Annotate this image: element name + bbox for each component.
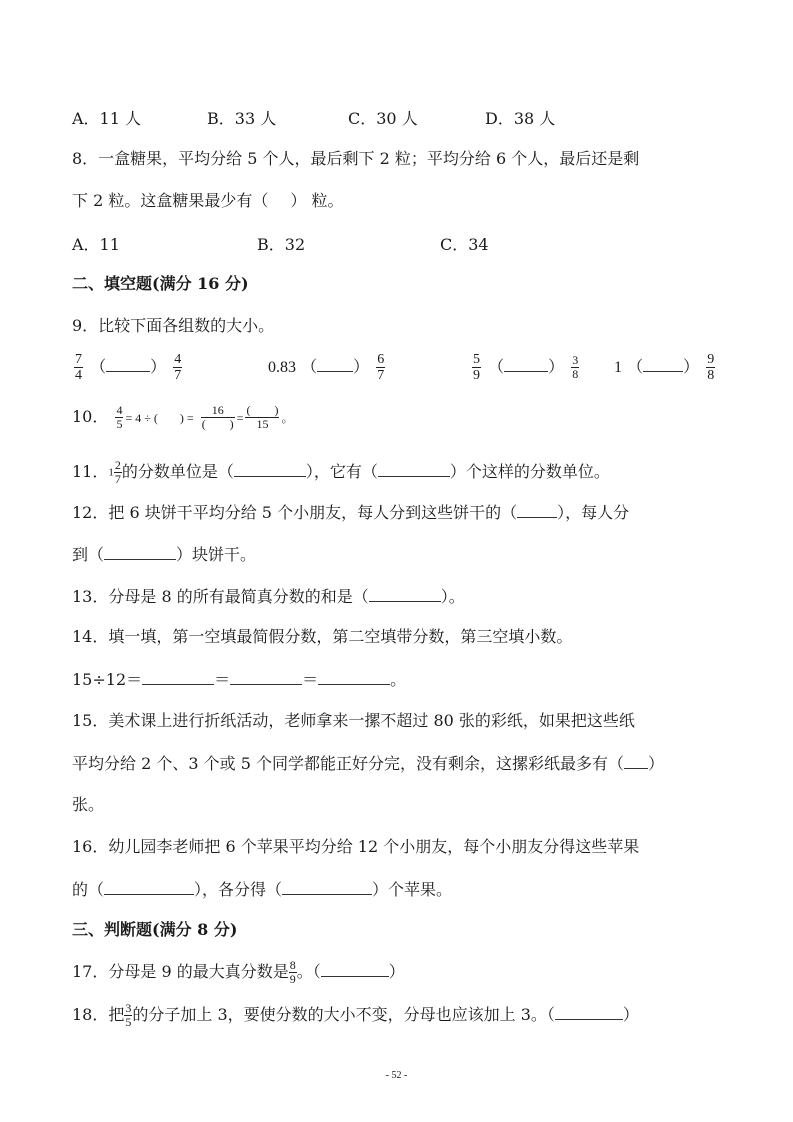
q16-line2: 的（），各分得（）个苹果。 xyxy=(72,878,452,901)
q11: 11．127的分数单位是（），它有（）个这样的分数单位。 xyxy=(72,459,610,486)
q16-line1: 16．幼儿园李老师把 6 个苹果平均分给 12 个小朋友，每个小朋友分得这些苹果 xyxy=(72,836,639,858)
section-3-title: 三、判断题(满分 8 分) xyxy=(72,919,237,941)
q7-option-c: C．30 人 xyxy=(348,106,418,129)
q16-blank-1[interactable] xyxy=(104,878,194,895)
q8-option-b: B．32 xyxy=(257,232,305,255)
q14-expression: 15÷12＝＝＝。 xyxy=(72,668,406,691)
q16-blank-2[interactable] xyxy=(282,878,372,895)
q8-text: 下 2 粒。这盒糖果最少有（ xyxy=(72,191,268,210)
q8-line1: 8．一盒糖果，平均分给 5 个人，最后剩下 2 粒；平均分给 6 个人，最后还是… xyxy=(72,148,639,170)
q11-blank-2[interactable] xyxy=(378,460,450,477)
q12-line1: 12．把 6 块饼干平均分给 5 个小朋友，每人分到这些饼干的（），每人分 xyxy=(72,501,629,524)
q12-line2: 到（）块饼干。 xyxy=(72,543,256,566)
q13: 13．分母是 8 的所有最简真分数的和是（）。 xyxy=(72,585,465,608)
fraction: 45 xyxy=(115,404,123,431)
q12-blank-1[interactable] xyxy=(517,501,557,518)
q9-group-1: 74 （） 47 xyxy=(72,352,184,383)
q15-line1: 15．美术课上进行折纸活动，老师拿来一摞不超过 80 张的彩纸，如果把这些纸 xyxy=(72,710,635,732)
q14-text: 14．填一填，第一空填最简假分数，第二空填带分数，第三空填小数。 xyxy=(72,626,572,648)
fraction: 98 xyxy=(706,352,715,383)
q15-blank[interactable] xyxy=(624,752,648,769)
q18: 18．把35的分子加上 3，要使分数的大小不变，分母也应该加上 3。（） xyxy=(72,1002,639,1029)
q14-blank-1[interactable] xyxy=(142,668,214,685)
q9-text: 9．比较下面各组数的大小。 xyxy=(72,315,274,337)
q9-blank-4[interactable] xyxy=(643,355,683,372)
q15-line2: 平均分给 2 个、3 个或 5 个同学都能正好分完，没有剩余，这摞彩纸最多有（） xyxy=(72,752,664,775)
q8-line2: 下 2 粒。这盒糖果最少有（） 粒。 xyxy=(72,190,343,212)
q9-group-4: 1 （） 98 xyxy=(614,352,717,383)
q11-blank-1[interactable] xyxy=(234,460,306,477)
q9-group-2: 0.83 （） 67 xyxy=(268,352,387,383)
q10-blank-3[interactable]: ( ) xyxy=(245,404,279,418)
q9-blank-3[interactable] xyxy=(504,355,548,372)
fraction: 74 xyxy=(74,352,83,383)
section-2-title: 二、填空题(满分 16 分) xyxy=(72,273,249,295)
q10-blank-2[interactable]: ( ) xyxy=(201,418,235,431)
q9-group-3: 59 （） 38 xyxy=(470,352,581,383)
q10: 10． 45= 4 ÷ () = 16( )=( )15。 xyxy=(72,404,293,431)
q7-option-a: A．11 人 xyxy=(72,106,141,129)
q9-blank-1[interactable] xyxy=(106,355,150,372)
fraction: 27 xyxy=(114,459,122,486)
q14-blank-3[interactable] xyxy=(318,668,390,685)
fraction: 89 xyxy=(289,959,297,986)
fraction: 16( ) xyxy=(201,404,235,431)
fraction: 67 xyxy=(376,352,385,383)
fraction: 59 xyxy=(472,352,481,383)
q8-option-c: C．34 xyxy=(440,232,489,255)
fraction: ( )15 xyxy=(245,404,279,431)
q8-option-a: A．11 xyxy=(72,232,120,255)
q9-blank-2[interactable] xyxy=(317,355,353,372)
q17: 17．分母是 9 的最大真分数是89。（） xyxy=(72,959,405,986)
q18-blank[interactable] xyxy=(555,1003,623,1020)
q7-option-b: B．33 人 xyxy=(207,106,276,129)
q12-blank-2[interactable] xyxy=(104,543,176,560)
page-number: - 52 - xyxy=(0,1070,793,1081)
fraction: 38 xyxy=(571,354,579,381)
q17-blank[interactable] xyxy=(321,960,389,977)
q8-text-end: ） 粒。 xyxy=(290,191,343,210)
q14-blank-2[interactable] xyxy=(230,668,302,685)
q13-blank[interactable] xyxy=(369,585,441,602)
fraction: 47 xyxy=(173,352,182,383)
q15-line3: 张。 xyxy=(72,794,104,816)
q7-option-d: D．38 人 xyxy=(485,106,555,129)
